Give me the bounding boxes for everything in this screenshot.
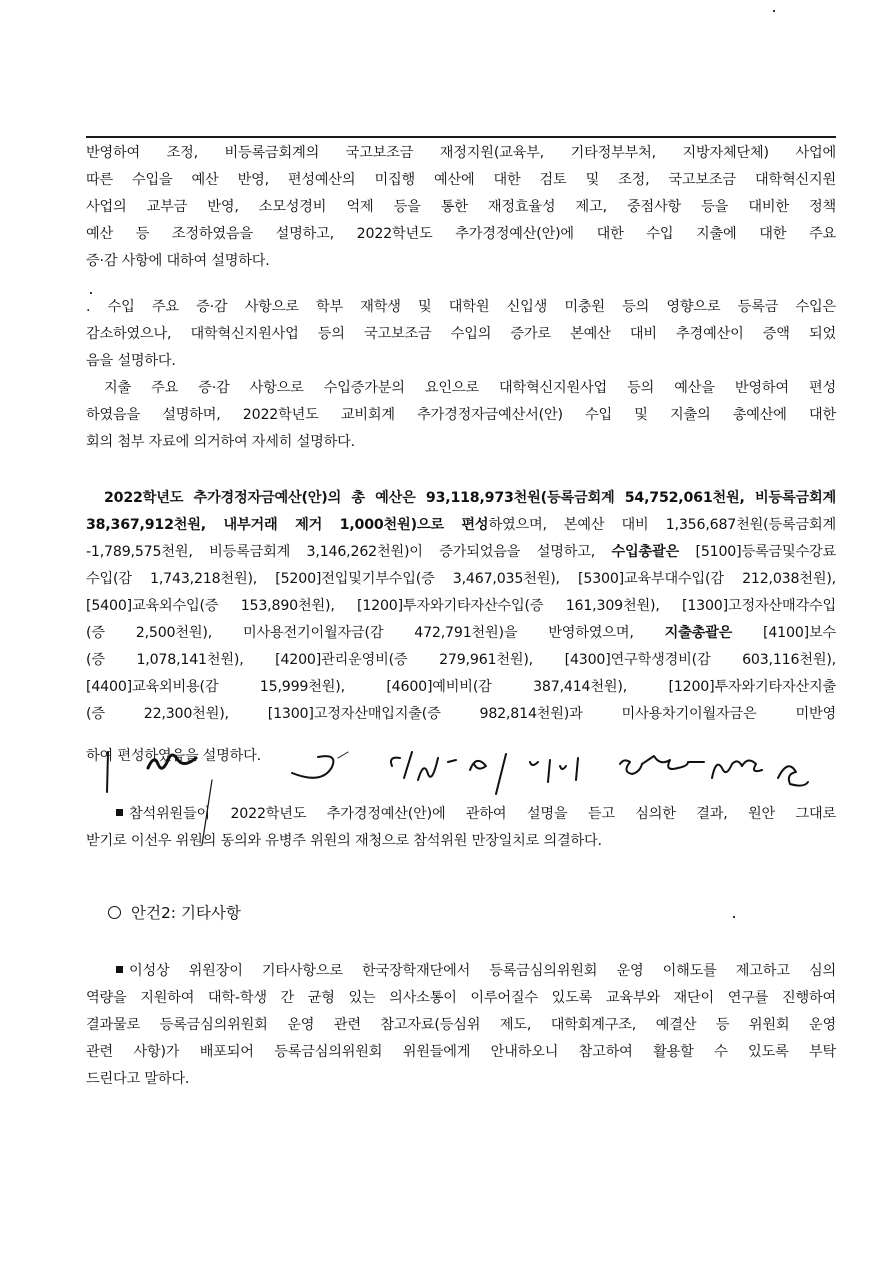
bold-total-budget: 2022학년도 추가경정자금예산(안)의 총 예산은 93,118,973천원(…	[104, 490, 836, 506]
text-line: 드린다고 말하다.	[86, 1066, 836, 1092]
bold-text: 38,367,912천원, 내부거래 제거 1,000천원)으로 편성	[86, 517, 488, 533]
text-line: . 수입 주요 증·감 사항으로 학부 재학생 및 대학원 신입생 미충원 등의…	[86, 294, 836, 320]
text-line: 따른 수입을 예산 반영, 편성예산의 미집행 예산에 대한 검토 및 조정, …	[86, 167, 836, 193]
text-span: (증 2,500천원), 미사용전기이월자금(감 472,791천원)을 반영하…	[86, 625, 665, 641]
hollow-circle-bullet-icon	[108, 906, 121, 919]
text-line: [5400]교육외수입(증 153,890천원), [1200]투자와기타자산수…	[86, 593, 836, 619]
text-line: 관련 사항)가 배포되어 등록금심의위원회 위원들에게 안내하오니 참고하여 활…	[86, 1039, 836, 1065]
agenda-2-title: 안건2: 기타사항	[131, 904, 241, 922]
income-summary-label: 수입총괄은	[612, 544, 680, 560]
text-span: [4100]보수	[732, 625, 836, 641]
text-span: -1,789,575천원, 비등록금회계 3,146,262천원)이 증가되었음…	[86, 544, 612, 560]
text-line: (증 1,078,141천원), [4200]관리운영비(증 279,961천원…	[86, 647, 836, 673]
text-line: (증 22,300천원), [1300]고정자산매입지출(증 982,814천원…	[86, 701, 836, 727]
text-line: 결과물로 등록금심의위원회 운영 관련 참고자료(등심위 제도, 대학회계구조,…	[86, 1012, 836, 1038]
text-line: 38,367,912천원, 내부거래 제거 1,000천원)으로 편성하였으며,…	[86, 512, 836, 538]
square-bullet-icon	[116, 966, 123, 973]
text-line: 감소하였으나, 대학혁신지원사업 등의 국고보조금 수입의 증가로 본예산 대비…	[86, 321, 836, 347]
expense-summary-label: 지출총괄은	[665, 625, 733, 641]
text-span: 하였으며, 본예산 대비 1,356,687천원(등록금회계	[488, 517, 836, 533]
text-line: 역량을 지원하여 대학-학생 간 균형 있는 의사소통이 이루어질수 있도록 교…	[86, 985, 836, 1011]
text-span: 참석위원들이 2022학년도 추가경정예산(안)에 관하여 설명을 듣고 심의한…	[129, 806, 836, 822]
text-line: -1,789,575천원, 비등록금회계 3,146,262천원)이 증가되었음…	[86, 539, 836, 565]
text-line: 하였음을 설명하며, 2022학년도 교비회계 추가경정자금예산서(안) 수입 …	[86, 402, 836, 428]
text-line: 받기로 이선우 위원의 동의와 유병주 위원의 재청으로 참석위원 만장일치로 …	[86, 828, 836, 854]
text-line: 하여 편성하였음을 설명하다.	[86, 743, 261, 769]
text-span: 이성상 위원장이 기타사항으로 한국장학재단에서 등록금심의위원회 운영 이해도…	[129, 963, 836, 979]
square-bullet-icon	[116, 809, 123, 816]
text-line: 2022학년도 추가경정자금예산(안)의 총 예산은 93,118,973천원(…	[104, 485, 836, 511]
text-line: 사업의 교부금 반영, 소모성경비 억제 등을 통한 재정효율성 제고, 중점사…	[86, 194, 836, 220]
scan-speck	[733, 916, 735, 918]
text-line: 참석위원들이 2022학년도 추가경정예산(안)에 관하여 설명을 듣고 심의한…	[116, 801, 836, 827]
text-line: 반영하여 조정, 비등록금회계의 국고보조금 재정지원(교육부, 기타정부부처,…	[86, 140, 836, 166]
text-line: 이성상 위원장이 기타사항으로 한국장학재단에서 등록금심의위원회 운영 이해도…	[116, 958, 836, 984]
text-line: 수입(감 1,743,218천원), [5200]전입및기부수입(증 3,467…	[86, 566, 836, 592]
text-line: 회의 첨부 자료에 의거하여 자세히 설명하다.	[86, 429, 836, 455]
text-line: 예산 등 조정하였음을 설명하고, 2022학년도 추가경정예산(안)에 대한 …	[86, 221, 836, 247]
scan-speck	[773, 10, 775, 12]
text-line: 음을 설명하다.	[86, 348, 836, 374]
text-line: (증 2,500천원), 미사용전기이월자금(감 472,791천원)을 반영하…	[86, 620, 836, 646]
text-span: [5100]등록금및수강료	[679, 544, 836, 560]
text-line: 지출 주요 증·감 사항으로 수입증가분의 요인으로 대학혁신지원사업 등의 예…	[104, 375, 836, 401]
text-line: [4400]교육외비용(감 15,999천원), [4600]예비비(감 387…	[86, 674, 836, 700]
text-line: 증·감 사항에 대하여 설명하다.	[86, 248, 836, 274]
top-divider-rule	[86, 136, 836, 138]
document-page: 반영하여 조정, 비등록금회계의 국고보조금 재정지원(교육부, 기타정부부처,…	[0, 0, 893, 1264]
agenda-2-heading: 안건2: 기타사항	[108, 900, 241, 926]
